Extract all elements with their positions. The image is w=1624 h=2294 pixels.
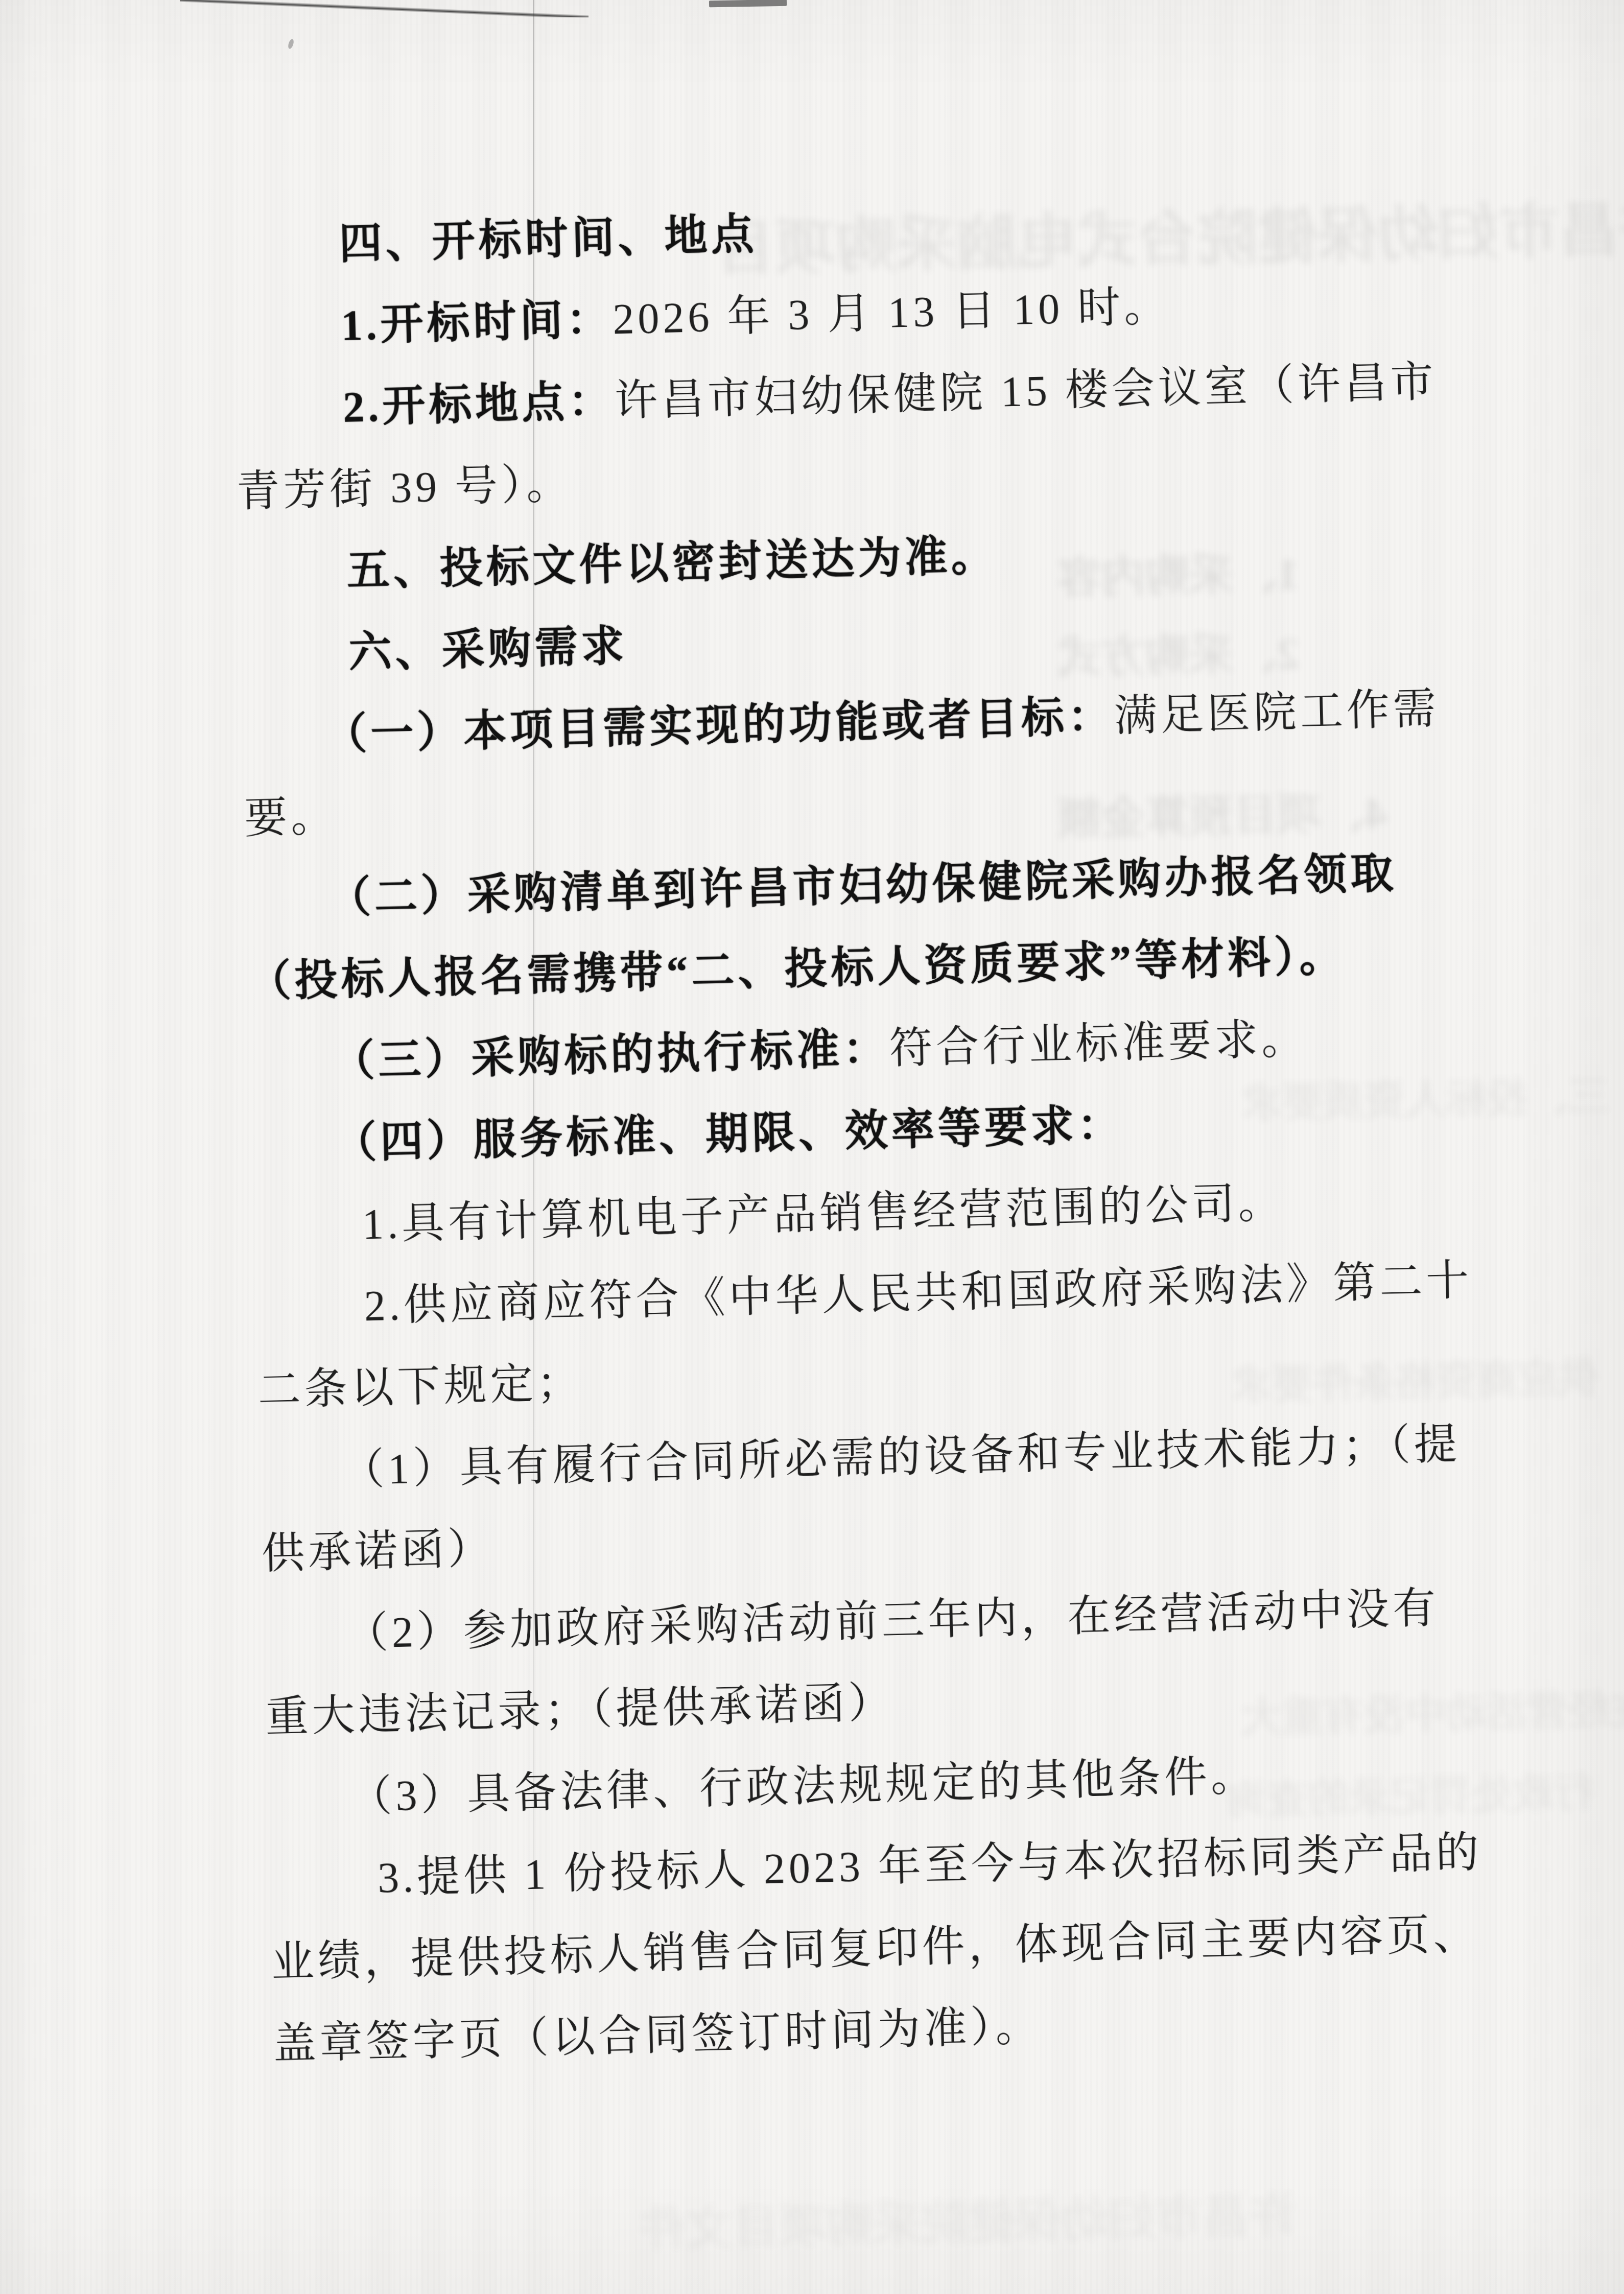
- doc-text: 要。: [244, 793, 338, 842]
- doc-text: 3.提供 1 份投标人 2023 年至今与本次招标同类产品的: [377, 1829, 1483, 1902]
- bleedthrough-ghost-text: 许昌市妇幼保健院采购项目文件: [638, 2179, 1297, 2260]
- doc-text-bold: 2.开标地点：: [342, 377, 615, 432]
- doc-text-bold: 五、投标文件以密封送达为准。: [346, 532, 998, 595]
- doc-text: 符合行业标准要求。: [889, 1015, 1308, 1073]
- doc-text: （1）具有履行合同所必需的设备和专业技术能力；（提: [341, 1421, 1461, 1495]
- doc-text-bold: （二）采购清单到许昌市妇幼保健院采购办报名领取: [327, 850, 1398, 923]
- doc-text-bold: （投标人报名需携带“二、投标人资质要求”等材料）。: [248, 933, 1347, 1006]
- doc-text: 满足医院工作需: [1114, 685, 1440, 740]
- document-text-block: 四、开标时间、地点1.开标时间：2026 年 3 月 13 日 10 时。2.开…: [230, 176, 1582, 2086]
- scanned-document-page: 许昌市妇幼保健院台式电脑采购项目1、采购内容2、采购方式4、项目预算金额三、投标…: [0, 0, 1624, 2294]
- doc-text: 供承诺函）: [261, 1525, 495, 1578]
- doc-text: 许昌市妇幼保健院 15 楼会议室（许昌市: [614, 358, 1438, 425]
- doc-text-bold: 四、开标时间、地点: [339, 211, 758, 268]
- doc-text: 2.供应商应符合《中华人民共和国政府采购法》第二十: [364, 1257, 1473, 1330]
- doc-text-bold: 六、采购需求: [348, 623, 628, 677]
- doc-text: 业绩，提供投标人销售合同复印件，体现合同主要内容页、: [271, 1910, 1480, 1986]
- doc-text-bold: （三）采购标的执行标准：: [331, 1025, 890, 1086]
- doc-text: 重大违法记录；（提供承诺函）: [265, 1679, 896, 1741]
- doc-text: 2026 年 3 月 13 日 10 时。: [612, 283, 1171, 344]
- doc-text: 盖章签字页（以合同签订时间为准）。: [273, 2003, 1043, 2068]
- doc-text: （3）具备法律、行政法规规定的其他条件。: [348, 1752, 1258, 1821]
- doc-text: 二条以下规定；: [257, 1359, 584, 1414]
- doc-text: 1.具有计算机电子产品销售经营范围的公司。: [362, 1179, 1285, 1249]
- doc-text-bold: （一）本项目需实现的功能或者目标：: [323, 693, 1115, 759]
- doc-text: （2）参加政府采购活动前三年内，在经营活动中没有: [345, 1584, 1440, 1658]
- doc-text-bold: 1.开标时间：: [340, 296, 613, 350]
- doc-text: 青芳街 39 号）。: [236, 460, 573, 515]
- doc-text-bold: （四）服务标准、期限、效率等要求：: [333, 1101, 1124, 1167]
